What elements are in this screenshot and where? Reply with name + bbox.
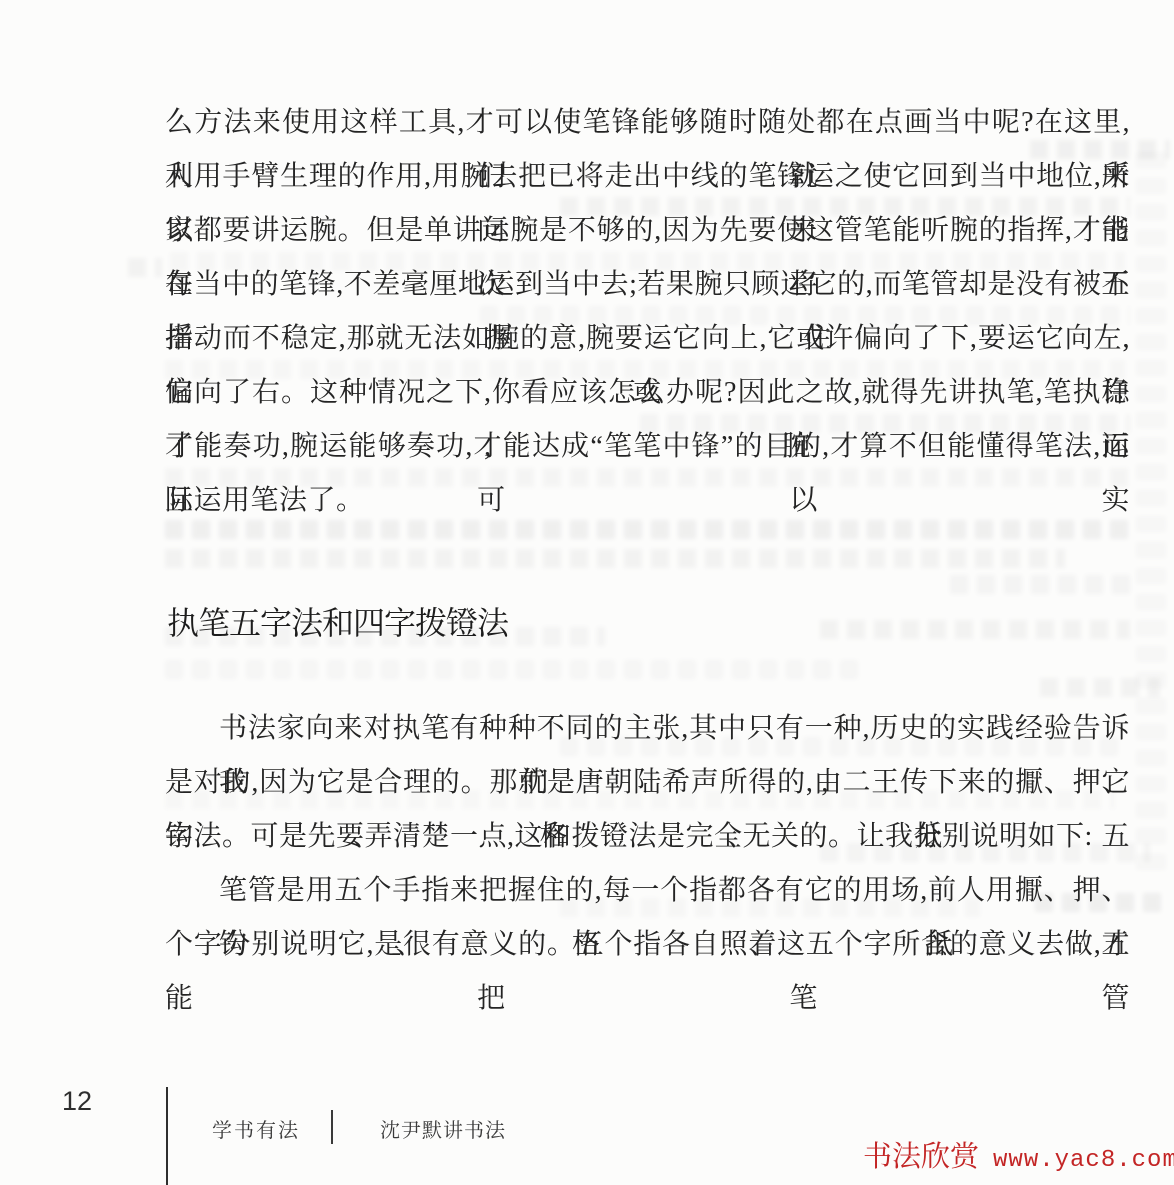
bleed-through-smudge bbox=[128, 258, 162, 277]
text-line: 家都要讲运腕。但是单讲运腕是不够的,因为先要使这管笔能听腕的指挥,才能每次将不 bbox=[165, 204, 1130, 258]
paragraph-1: 么方法来使用这样工具,才可以使笔锋能够随时随处都在点画当中呢?在这里,人们就来利… bbox=[165, 96, 1130, 528]
bleed-through-smudge bbox=[1136, 150, 1166, 870]
text-column: 么方法来使用这样工具,才可以使笔锋能够随时随处都在点画当中呢?在这里,人们就来利… bbox=[165, 96, 1130, 972]
text-line: 笔管是用五个手指来把握住的,每一个指都各有它的用场,前人用擫、押、钩、格、抵五 bbox=[165, 864, 1130, 918]
scanned-book-page: 么方法来使用这样工具,才可以使笔锋能够随时随处都在点画当中呢?在这里,人们就来利… bbox=[0, 0, 1174, 1185]
paragraph-2: 书法家向来对执笔有种种不同的主张,其中只有一种,历史的实践经验告诉我们,它是对的… bbox=[165, 702, 1130, 864]
text-line: 书法家向来对执笔有种种不同的主张,其中只有一种,历史的实践经验告诉我们,它 bbox=[165, 702, 1130, 756]
text-line: 才能奏功,腕运能够奏功,才能达成“笔笔中锋”的目的,才算不但能懂得笔法,而且可以… bbox=[165, 420, 1130, 474]
footer-vertical-rule bbox=[166, 1087, 168, 1185]
footer-divider-rule bbox=[331, 1110, 333, 1144]
watermark-site-name: 书法欣赏 bbox=[863, 1134, 979, 1175]
text-line: 么方法来使用这样工具,才可以使笔锋能够随时随处都在点画当中呢?在这里,人们就来 bbox=[165, 96, 1130, 150]
watermark-site-url: www.yac8.com bbox=[993, 1147, 1174, 1174]
text-line: 在当中的笔锋,不差毫厘地运到当中去;若果腕只顾运它的,而笔管却是没有被五指握住, bbox=[165, 258, 1130, 312]
footer-series-title: 学书有法 bbox=[212, 1114, 300, 1143]
page-number: 12 bbox=[62, 1086, 92, 1117]
text-line: 是对的,因为它是合理的。那就是唐朝陆希声所得的,由二王传下来的擫、押、钩、格、抵… bbox=[165, 756, 1130, 810]
text-line: 利用手臂生理的作用,用腕去把已将走出中线的笔锋运之使它回到当中地位,所以向来书 bbox=[165, 150, 1130, 204]
text-line: 个字分别说明它,是很有意义的。五个指各自照着这五个字所含的意义去做,才能把笔管 bbox=[165, 918, 1130, 972]
text-line: 摇动而不稳定,那就无法如腕的意,腕要运它向上,它或许偏向了下,要运它向左,它或许 bbox=[165, 312, 1130, 366]
footer-book-title: 沈尹默讲书法 bbox=[380, 1114, 506, 1143]
watermark: 书法欣赏 www.yac8.com bbox=[863, 1134, 1174, 1175]
section-heading: 执笔五字法和四字拨镫法 bbox=[167, 601, 1130, 645]
paragraph-3: 笔管是用五个手指来把握住的,每一个指都各有它的用场,前人用擫、押、钩、格、抵五个… bbox=[165, 864, 1130, 972]
text-line: 字法。可是先要弄清楚一点,这和拨镫法是完全无关的。让我分别说明如下: bbox=[165, 810, 1130, 864]
text-line: 偏向了右。这种情况之下,你看应该怎么办呢?因此之故,就得先讲执笔,笔执稳了,腕运 bbox=[165, 366, 1130, 420]
